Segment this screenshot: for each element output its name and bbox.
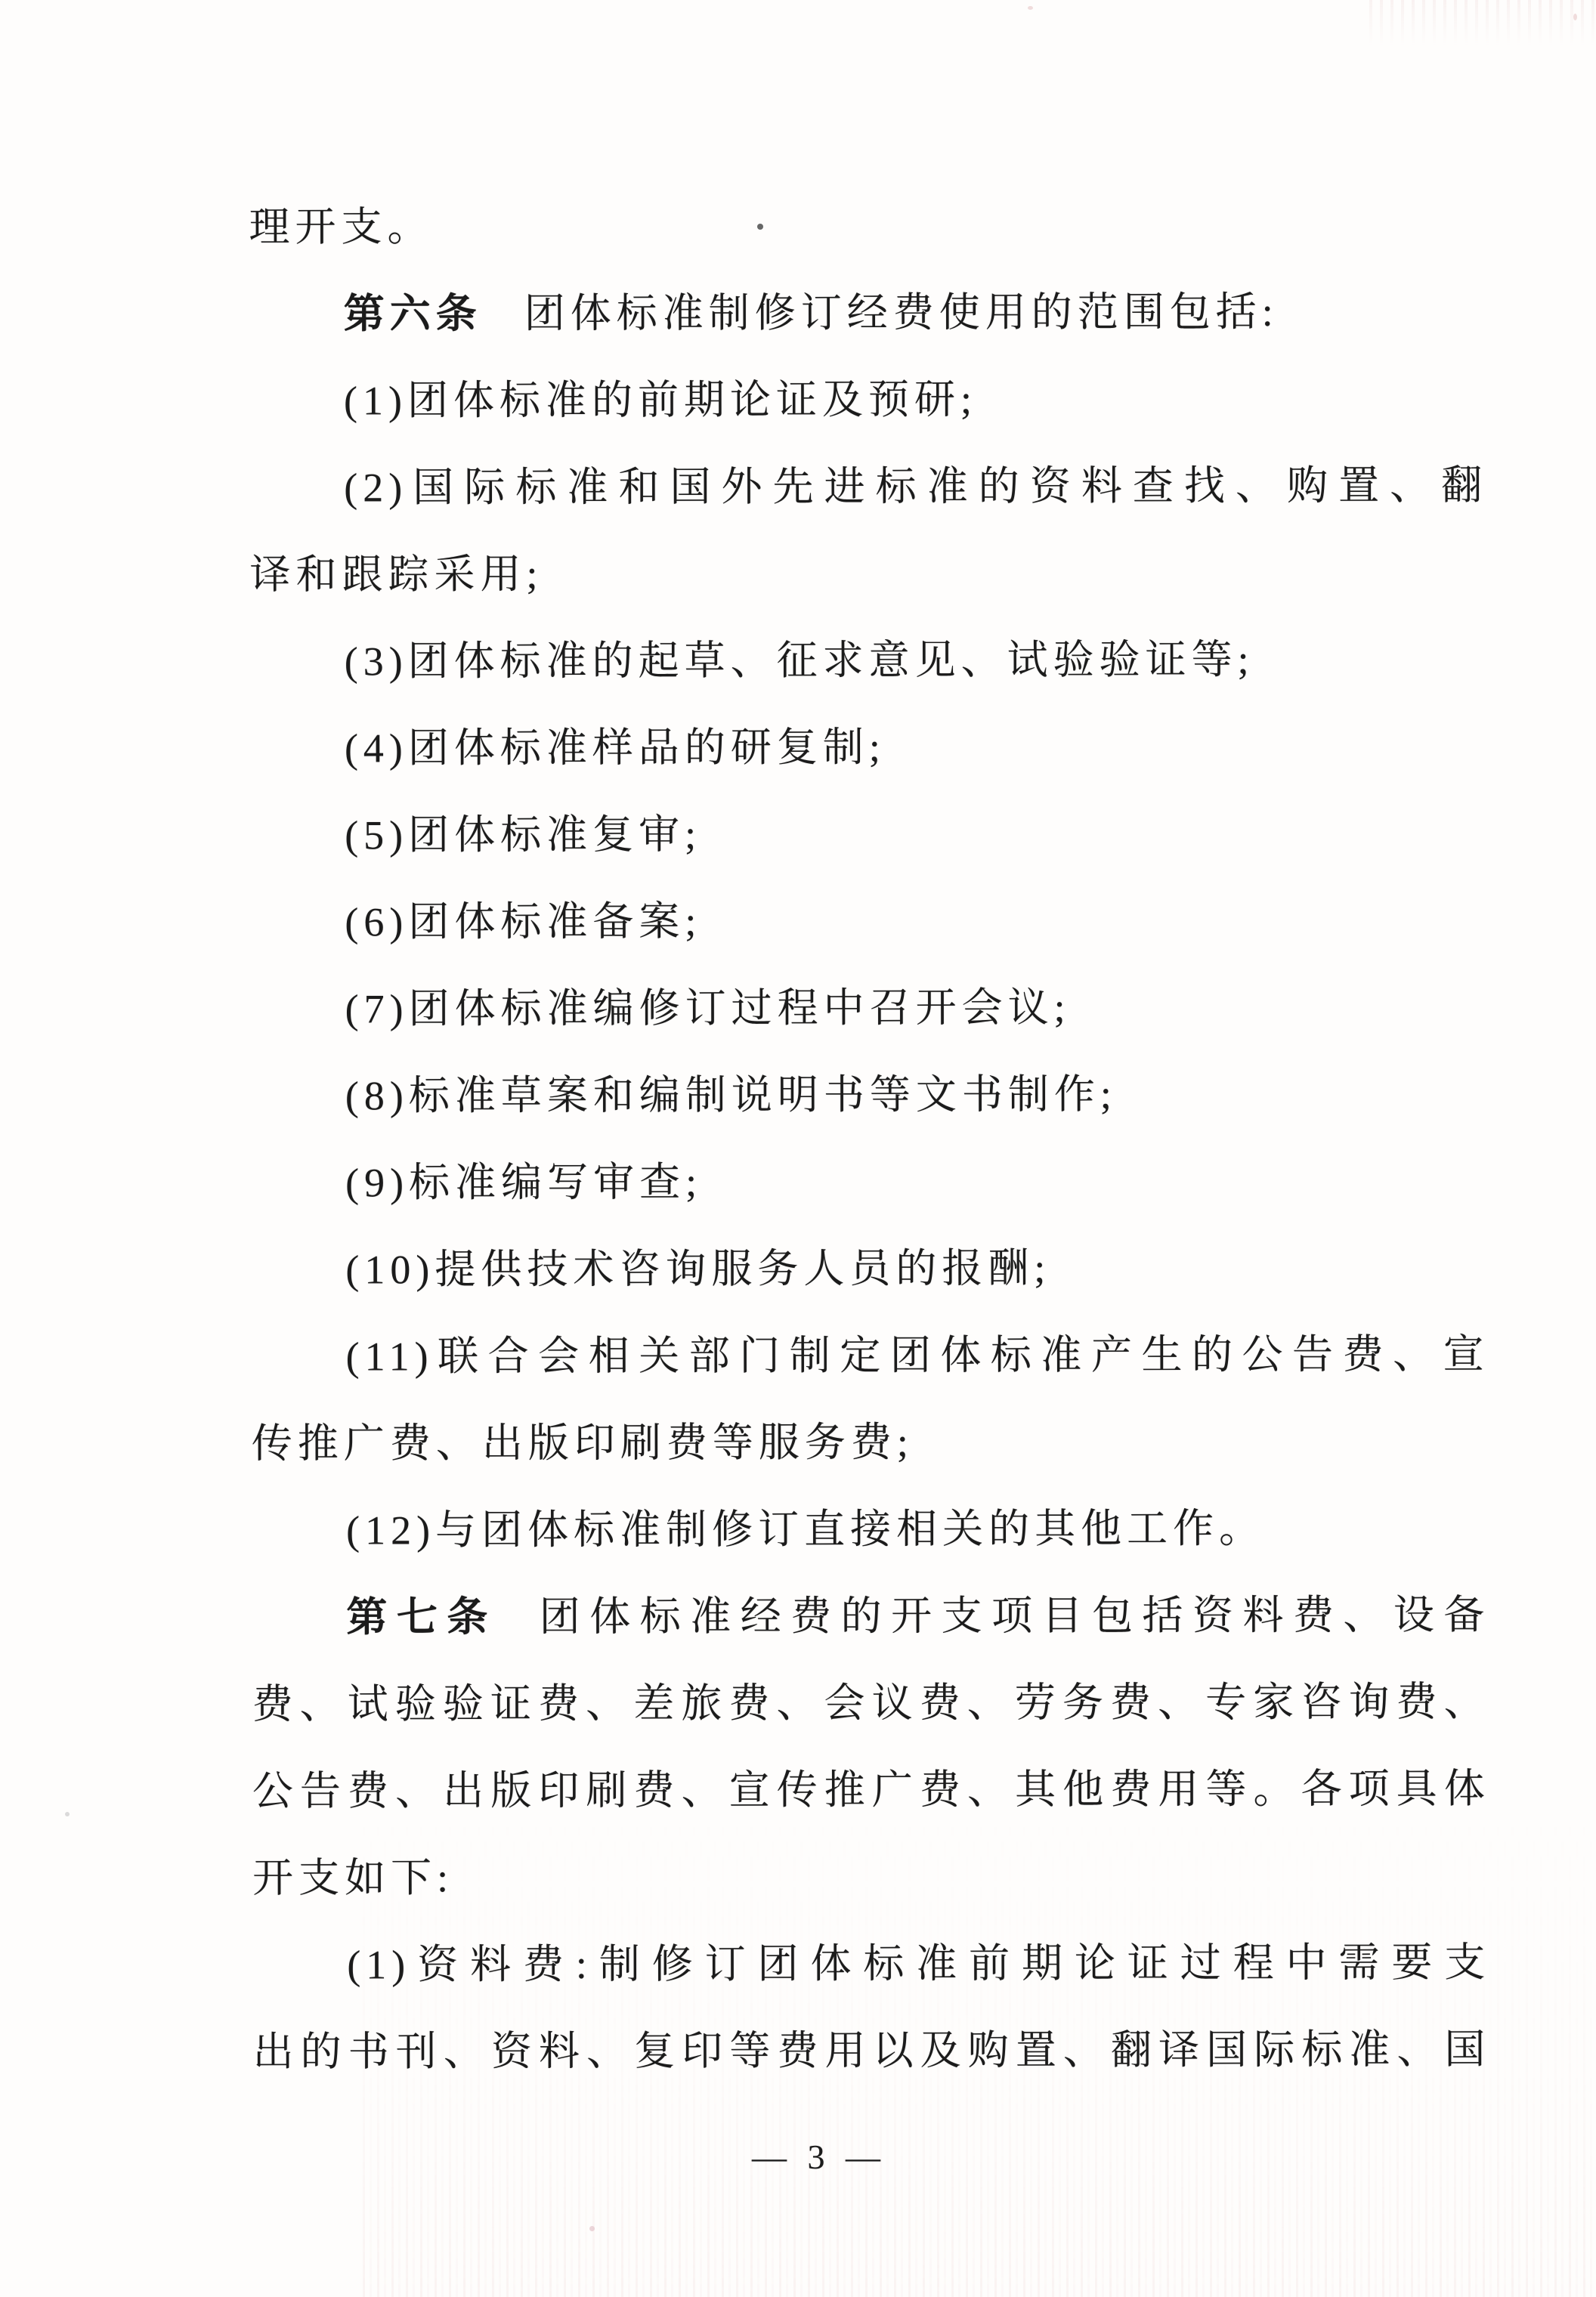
list-item-2-continuation: 译和跟踪采用; <box>249 529 1487 618</box>
article-heading-text: 团体标准制修订经费使用的范围包括: <box>524 289 1279 336</box>
list-item-12: (12)与团体标准制修订直接相关的其他工作。 <box>252 1485 1489 1574</box>
article-number: 第七条 <box>346 1594 497 1640</box>
list-item-6: (6)团体标准备案; <box>250 876 1488 966</box>
list-item-5: (5)团体标准复审; <box>250 790 1488 879</box>
scan-streak-texture-top <box>1369 0 1596 45</box>
expense-item-1-continuation: 出的书刊、资料、复印等费用以及购置、翻译国际标准、国 <box>252 2006 1490 2095</box>
scanned-document-page: 理开支。 第六条团体标准制修订经费使用的范围包括: (1)团体标准的前期论证及预… <box>0 0 1596 2297</box>
list-item-2: (2)国际标准和国外先进标准的资料查找、购置、翻 <box>249 442 1487 531</box>
expense-item-1: (1)资料费:制修订团体标准前期论证过程中需要支 <box>252 1919 1490 2008</box>
article-6-heading: 第六条团体标准制修订经费使用的范围包括: <box>249 268 1487 357</box>
scan-speck <box>1028 6 1033 10</box>
list-item-11: (11)联合会相关部门制定团体标准产生的公告费、宣 <box>251 1311 1489 1400</box>
text-line: 理开支。 <box>249 181 1486 271</box>
list-item-11-continuation: 传推广费、出版印刷费等服务费; <box>252 1398 1489 1487</box>
scan-speck <box>1573 14 1577 20</box>
article-7-continuation: 费、试验验证费、差旅费、会议费、劳务费、专家咨询费、 <box>252 1659 1489 1748</box>
scan-speck <box>589 2226 595 2231</box>
list-item-8: (8)标准草案和编制说明书等文书制作; <box>251 1050 1489 1139</box>
document-body: 理开支。 第六条团体标准制修订经费使用的范围包括: (1)团体标准的前期论证及预… <box>249 181 1490 2095</box>
page-number: — 3 — <box>21 2137 1596 2177</box>
list-item-9: (9)标准编写审查; <box>251 1137 1489 1226</box>
article-number: 第六条 <box>344 291 482 336</box>
list-item-4: (4)团体标准样品的研复制; <box>250 703 1488 792</box>
article-7-continuation: 开支如下: <box>252 1832 1490 1921</box>
article-heading-text: 团体标准经费的开支项目包括资料费、设备 <box>540 1592 1490 1640</box>
list-item-1: (1)团体标准的前期论证及预研; <box>249 355 1487 444</box>
list-item-3: (3)团体标准的起草、征求意见、试验验证等; <box>250 616 1488 705</box>
list-item-10: (10)提供技术咨询服务人员的报酬; <box>251 1224 1489 1313</box>
article-7-heading: 第七条团体标准经费的开支项目包括资料费、设备 <box>252 1572 1489 1661</box>
article-7-continuation: 公告费、出版印刷费、宣传推广费、其他费用等。各项具体 <box>252 1745 1490 1835</box>
list-item-7: (7)团体标准编修订过程中召开会议; <box>251 963 1489 1053</box>
scan-speck <box>65 1812 70 1816</box>
